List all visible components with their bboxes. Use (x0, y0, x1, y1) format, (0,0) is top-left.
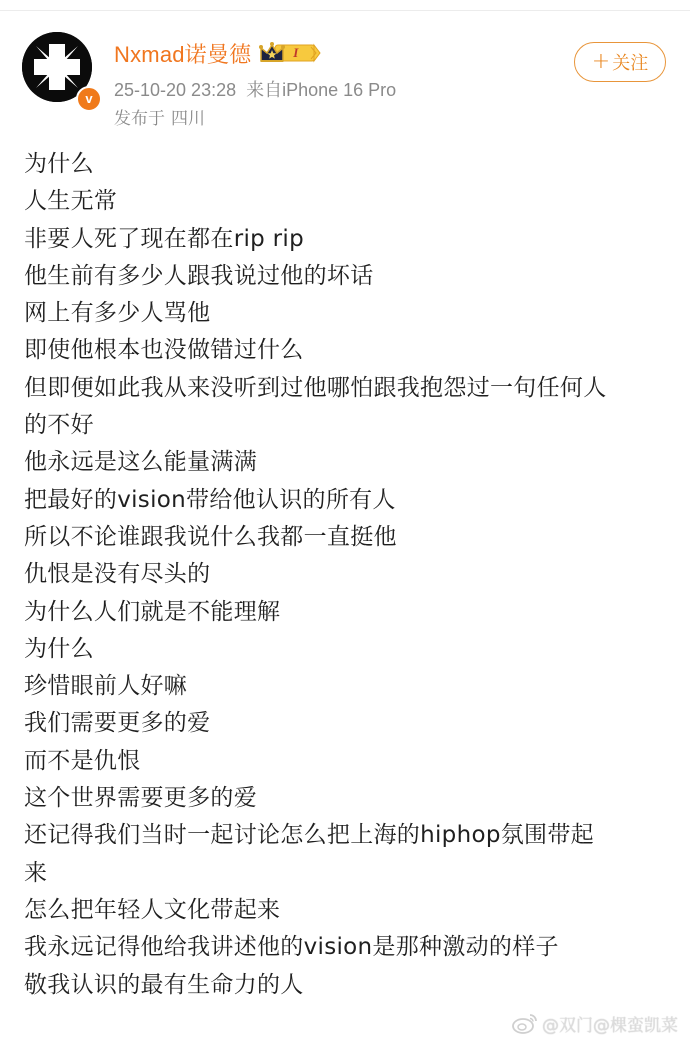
post-line: 仇恨是没有尽头的 (24, 556, 674, 593)
post-line: 怎么把年轻人文化带起来 (24, 892, 674, 929)
post-line: 网上有多少人骂他 (24, 295, 674, 332)
watermark: @双门@棵蛮凯菜 (512, 1010, 678, 1036)
post-line: 他生前有多少人跟我说过他的坏话 (24, 258, 674, 295)
post-line: 为什么 (24, 631, 674, 668)
username-link[interactable]: Nxmad诺曼德 (114, 38, 251, 69)
watermark-text: @双门@棵蛮凯菜 (542, 1011, 678, 1036)
post-line: 来 (24, 855, 674, 892)
post-line: 的不好 (24, 407, 674, 444)
post-source: 来自iPhone 16 Pro (246, 80, 396, 100)
post-timestamp: 25-10-20 23:28 (114, 80, 236, 100)
location-label: 发布于 (114, 109, 165, 128)
post-line: 把最好的vision带给他认识的所有人 (24, 482, 674, 519)
name-row: Nxmad诺曼德 I (114, 38, 326, 68)
post-line: 我们需要更多的爱 (24, 705, 674, 742)
crown-icon (259, 41, 321, 65)
post-line: 为什么人们就是不能理解 (24, 594, 674, 631)
verified-badge-icon: v (76, 86, 102, 112)
post-line: 敬我认识的最有生命力的人 (24, 967, 674, 1004)
post-body: 为什么 人生无常 非要人死了现在都在rip rip 他生前有多少人跟我说过他的坏… (24, 146, 674, 1004)
follow-button[interactable]: + 关注 (574, 42, 666, 82)
post-line: 所以不论谁跟我说什么我都一直挺他 (24, 519, 674, 556)
post-line: 即使他根本也没做错过什么 (24, 332, 674, 369)
post-line: 这个世界需要更多的爱 (24, 780, 674, 817)
post-line: 为什么 (24, 146, 674, 183)
weibo-icon (512, 1012, 538, 1034)
follow-label: 关注 (612, 49, 648, 75)
post-line: 还记得我们当时一起讨论怎么把上海的hiphop氛围带起 (24, 817, 674, 854)
post-location: 发布于四川 (114, 104, 205, 129)
post-line: 珍惜眼前人好嘛 (24, 668, 674, 705)
location-value: 四川 (171, 109, 205, 128)
plus-icon: + (592, 51, 610, 73)
post-line: 他永远是这么能量满满 (24, 444, 674, 481)
post-meta: 25-10-20 23:28来自iPhone 16 Pro (114, 76, 396, 102)
vip-level: I (293, 45, 298, 61)
post-header: v Nxmad诺曼德 I 25-10-20 23:28来自iPhone 16 P… (0, 0, 690, 140)
vip-crown-badge[interactable]: I (259, 41, 326, 65)
avatar[interactable]: v (22, 32, 92, 102)
post-line: 我永远记得他给我讲述他的vision是那种激动的样子 (24, 929, 674, 966)
post-line: 非要人死了现在都在rip rip (24, 221, 674, 258)
post-line: 而不是仇恨 (24, 743, 674, 780)
post-line: 人生无常 (24, 183, 674, 220)
post-line: 但即便如此我从来没听到过他哪怕跟我抱怨过一句任何人 (24, 370, 674, 407)
